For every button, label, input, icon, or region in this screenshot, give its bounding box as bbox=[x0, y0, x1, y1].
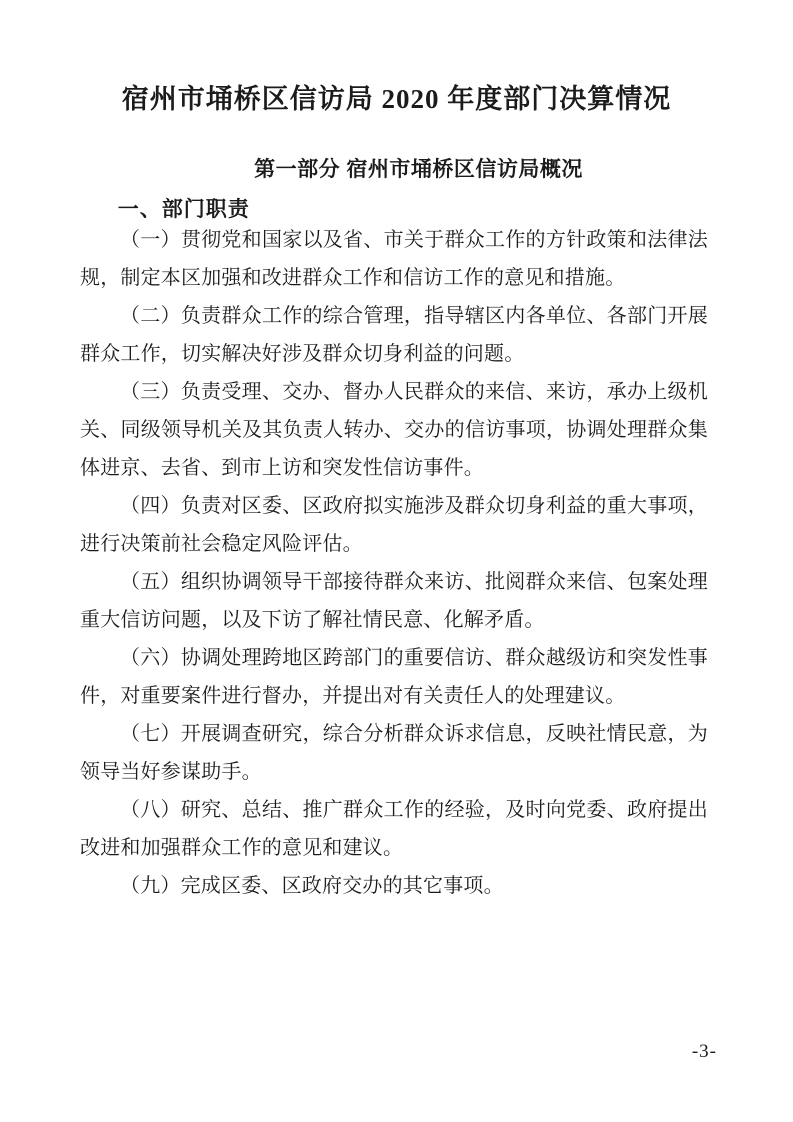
part-one-heading: 第一部分 宿州市埇桥区信访局概况 bbox=[0, 155, 793, 185]
duty-paragraph-1: （一）贯彻党和国家以及省、市关于群众工作的方针政策和法律法规，制定本区加强和改进… bbox=[80, 221, 708, 297]
duty-paragraph-2: （二）负责群众工作的综合管理，指导辖区内各单位、各部门开展群众工作，切实解决好涉… bbox=[80, 297, 708, 373]
duty-paragraph-5: （五）组织协调领导干部接待群众来访、批阅群众来信、包案处理重大信访问题，以及下访… bbox=[80, 563, 708, 639]
duty-paragraph-6: （六）协调处理跨地区跨部门的重要信访、群众越级访和突发性事件，对重要案件进行督办… bbox=[80, 639, 708, 715]
duty-paragraph-9: （九）完成区委、区政府交办的其它事项。 bbox=[80, 867, 708, 905]
page-number: -3- bbox=[692, 1040, 717, 1064]
section-body: （一）贯彻党和国家以及省、市关于群众工作的方针政策和法律法规，制定本区加强和改进… bbox=[80, 221, 708, 905]
duty-paragraph-8: （八）研究、总结、推广群众工作的经验，及时向党委、政府提出改进和加强群众工作的意… bbox=[80, 791, 708, 867]
document-page: 宿州市埇桥区信访局 2020 年度部门决算情况 第一部分 宿州市埇桥区信访局概况… bbox=[0, 0, 793, 1122]
document-title: 宿州市埇桥区信访局 2020 年度部门决算情况 bbox=[0, 0, 793, 117]
section-heading-duties: 一、部门职责 bbox=[80, 197, 708, 223]
duty-paragraph-4: （四）负责对区委、区政府拟实施涉及群众切身利益的重大事项，进行决策前社会稳定风险… bbox=[80, 487, 708, 563]
duty-paragraph-3: （三）负责受理、交办、督办人民群众的来信、来访，承办上级机关、同级领导机关及其负… bbox=[80, 373, 708, 487]
duty-paragraph-7: （七）开展调查研究，综合分析群众诉求信息，反映社情民意，为领导当好参谋助手。 bbox=[80, 715, 708, 791]
